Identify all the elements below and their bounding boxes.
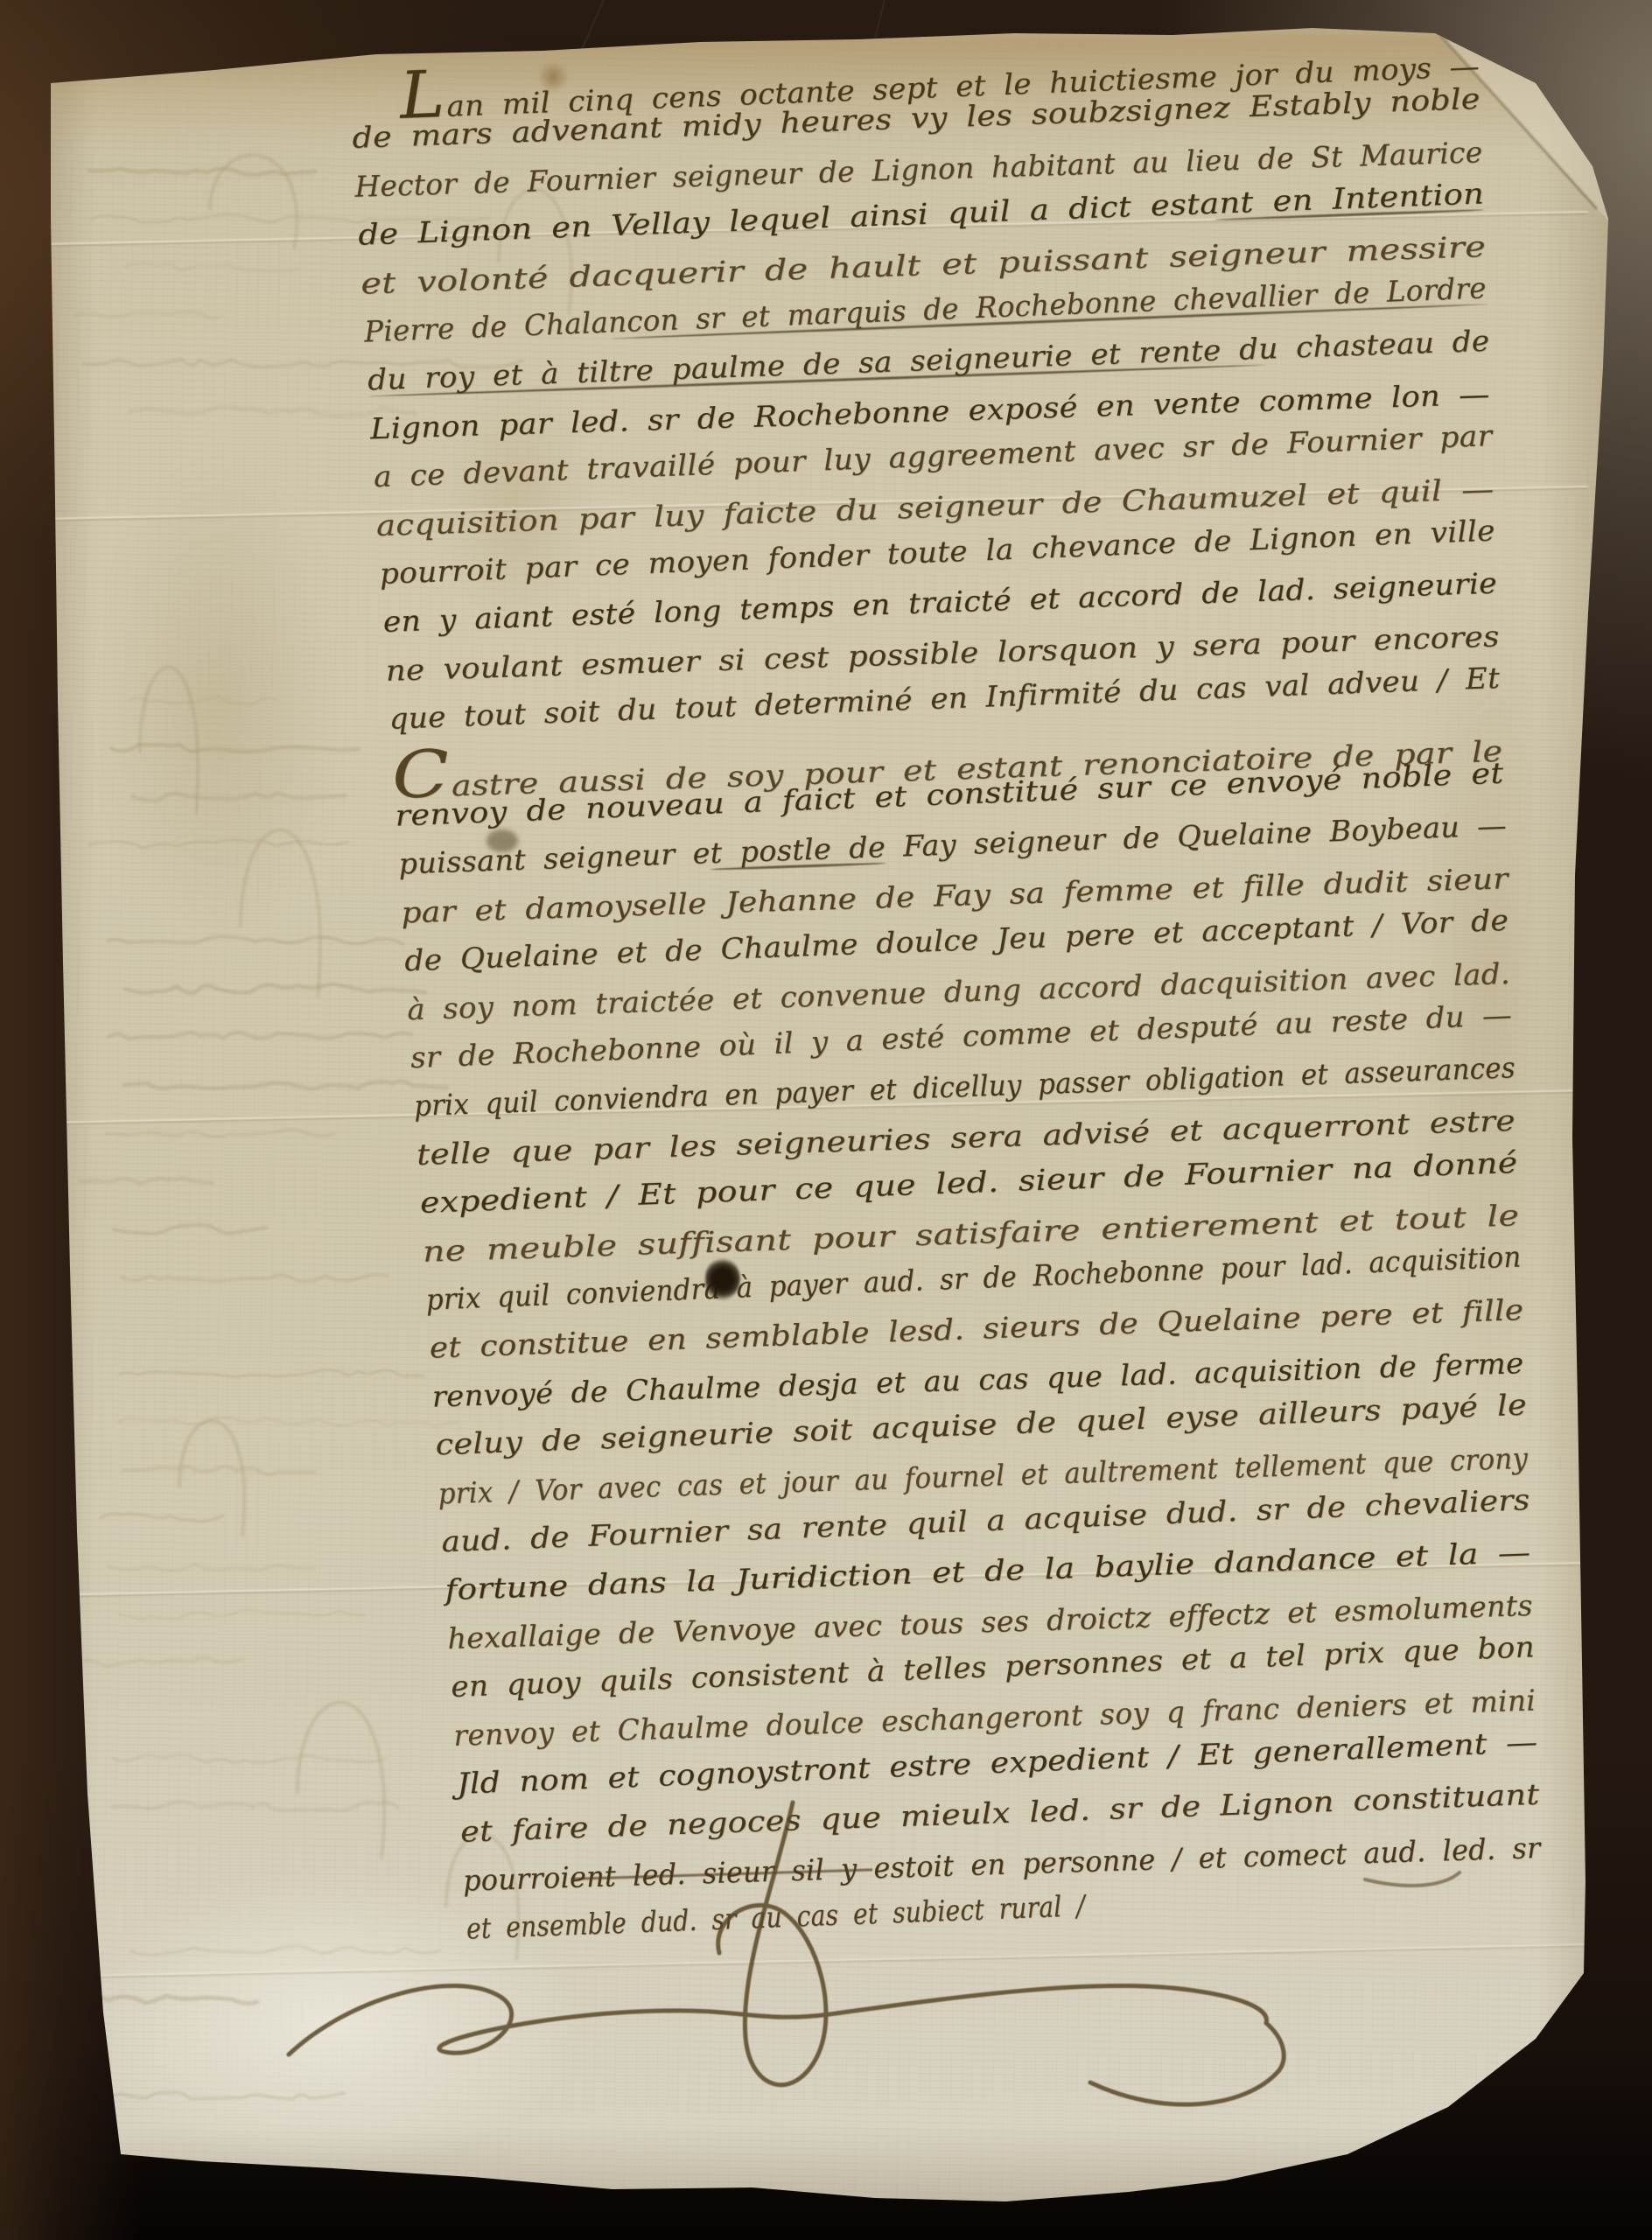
notarial-paraph xyxy=(0,0,1652,2240)
photo-canvas: Lan mil cinq cens octante sept et le hui… xyxy=(0,0,1652,2240)
paper-sheet: Lan mil cinq cens octante sept et le hui… xyxy=(0,0,1652,2240)
